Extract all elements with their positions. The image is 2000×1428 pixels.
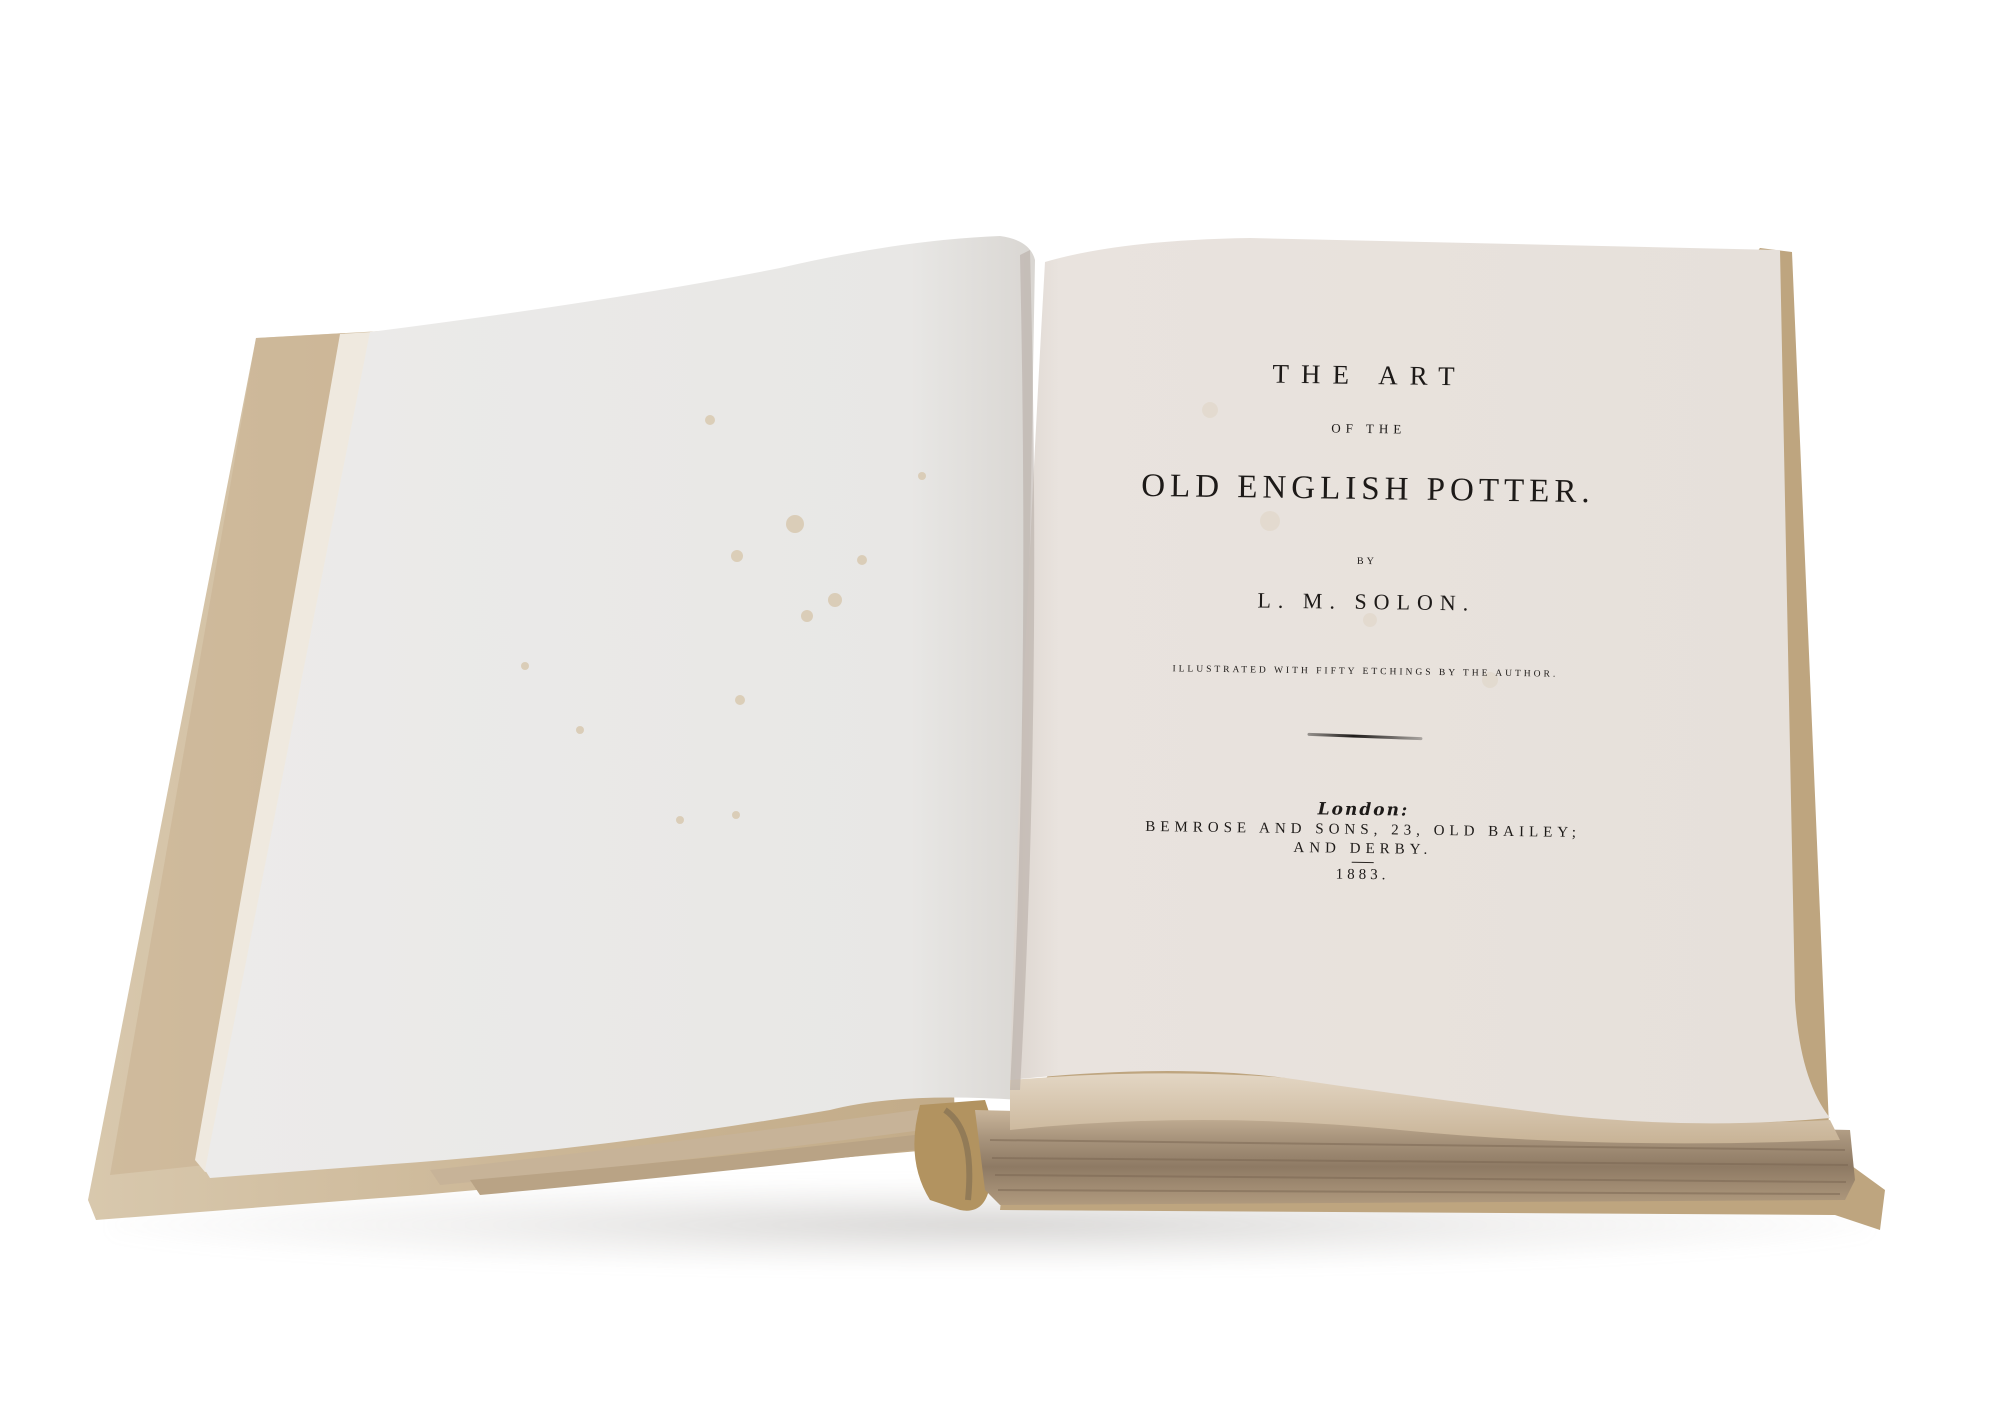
year-divider (1352, 862, 1374, 863)
title-page-text: THE ART OF THE OLD ENGLISH POTTER. BY L.… (1032, 335, 1700, 888)
book-photo-scene: THE ART OF THE OLD ENGLISH POTTER. BY L.… (0, 0, 2000, 1428)
illustration-note: ILLUSTRATED WITH FIFTY ETCHINGS BY THE A… (1035, 662, 1695, 681)
by-label: BY (1037, 551, 1697, 571)
decorative-rule (1307, 733, 1422, 740)
open-book-illustration (0, 0, 2000, 1428)
title-line-of-the: OF THE (1039, 416, 1699, 441)
author-name: L. M. SOLON. (1036, 584, 1696, 619)
book-title-main: OLD ENGLISH POTTER. (1038, 466, 1698, 512)
title-line-the-art: THE ART (1039, 355, 1699, 395)
